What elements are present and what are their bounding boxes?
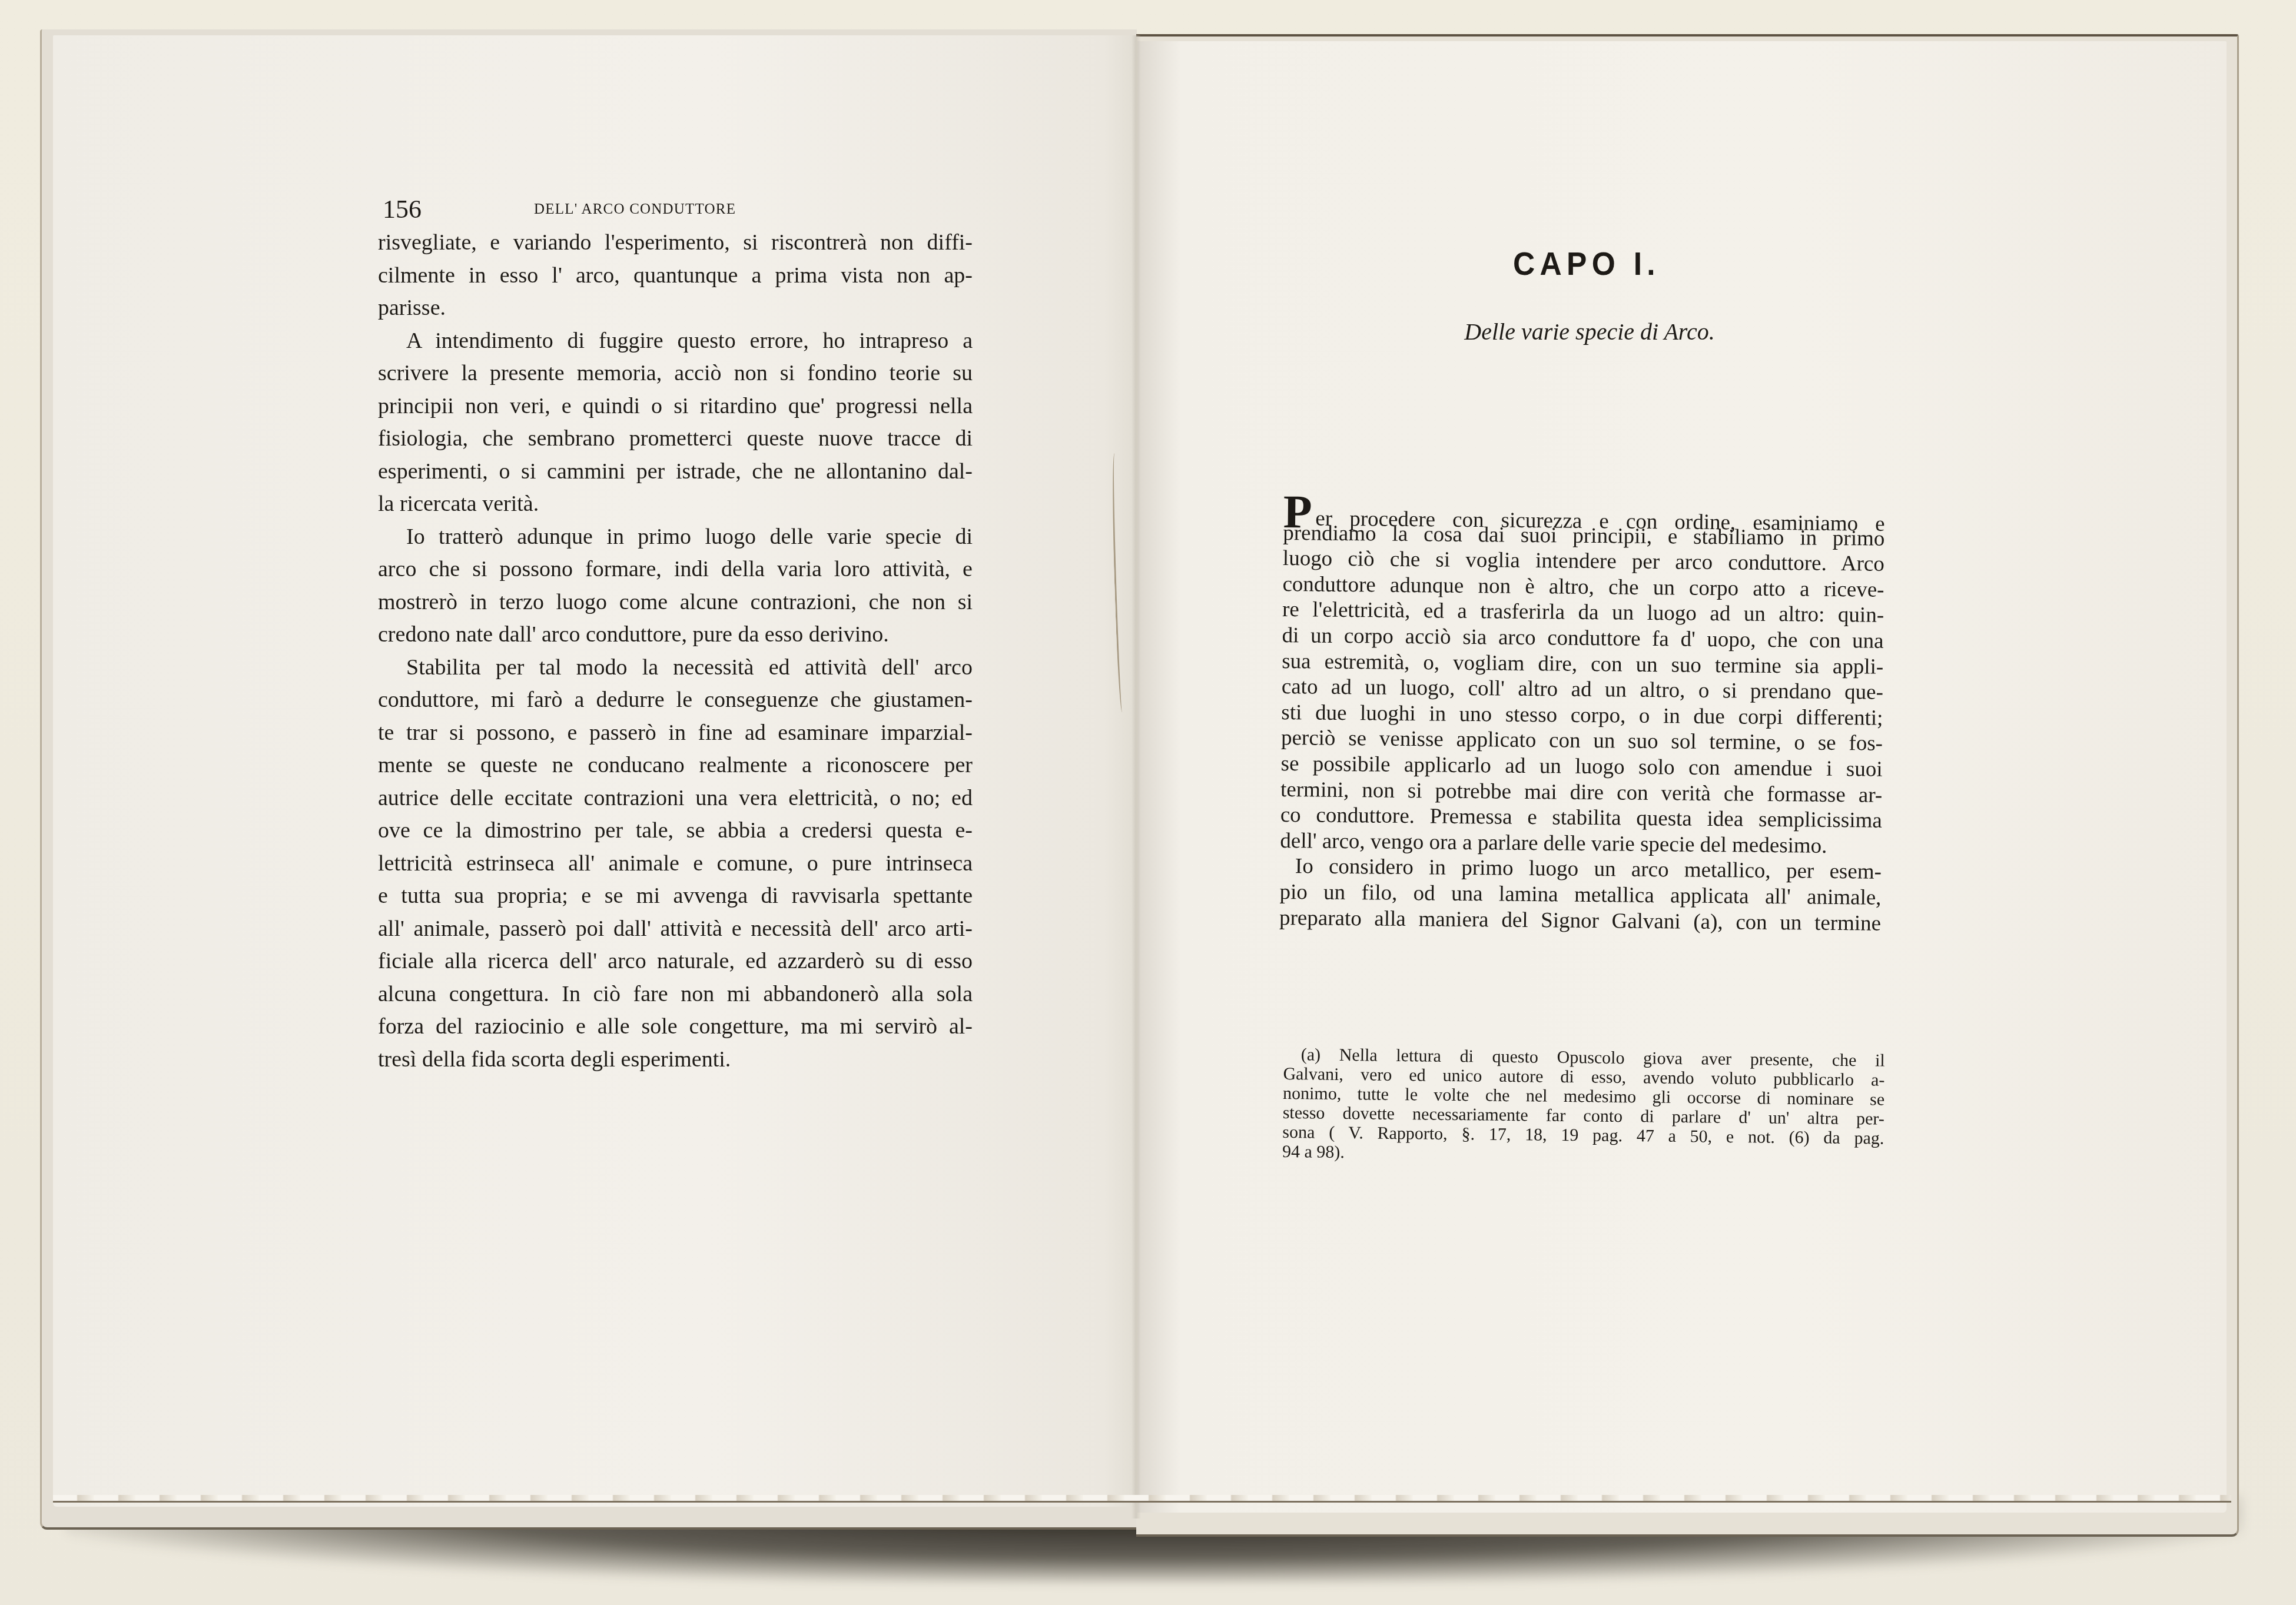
paragraph: Io tratterò adunque in primo luogo delle… <box>378 521 973 652</box>
chapter-subtitle: Delle varie specie di Arco. <box>1413 318 1766 345</box>
text-line: Stabilita per tal modo la necessità ed a… <box>378 652 973 684</box>
chapter-title: CAPO I. <box>1470 244 1703 283</box>
text-line: A intendimento di fuggire questo errore,… <box>378 325 973 358</box>
text-line: all' animale, passerò poi dall' attività… <box>378 913 973 946</box>
paragraph: Stabilita per tal modo la necessità ed a… <box>378 652 973 1076</box>
running-head-title: DELL' ARCO CONDUTTORE <box>534 201 736 218</box>
text-line: cilmente in esso l' arco, quantunque a p… <box>378 260 973 293</box>
text-line: forza del raziocinio e alle sole congett… <box>378 1011 973 1044</box>
paragraph: A intendimento di fuggire questo errore,… <box>378 325 973 521</box>
text-line: autrice delle eccitate contrazioni una v… <box>378 782 973 815</box>
text-line: parisse. <box>378 292 973 325</box>
text-line: e tutta sua propria; e se mi avvenga di … <box>378 880 973 913</box>
text-line: scrivere la presente memoria, acciò non … <box>378 357 973 390</box>
text-line: esperimenti, o si cammini per istrade, c… <box>378 456 973 489</box>
paragraph: Io considero in primo luogo un arco meta… <box>1279 853 1882 936</box>
text-line: risvegliate, e variando l'esperimento, s… <box>378 227 973 260</box>
deckle-edge <box>53 1495 2231 1503</box>
text-line: Io tratterò adunque in primo luogo delle… <box>378 521 973 554</box>
text-line: mente se queste ne conducano realmente a… <box>378 749 973 782</box>
text-line: conduttore, mi farò a dedurre le consegu… <box>378 684 973 717</box>
footnote: (a) Nella lettura di questo Opuscolo gio… <box>1282 1045 1885 1168</box>
text-line: ove ce la dimostrino per tale, se abbia … <box>378 815 973 848</box>
page-number: 156 <box>383 194 422 224</box>
text-line: arco che si possono formare, indi della … <box>378 553 973 586</box>
right-page-body: Per procedere con sicurezza e con ordine… <box>1279 494 1885 936</box>
text-line: mostrerò in terzo luogo come alcune cont… <box>378 586 973 619</box>
text-line: principii non veri, e quindi o si ritard… <box>378 390 973 423</box>
paragraph: risvegliate, e variando l'esperimento, s… <box>378 227 973 325</box>
left-page-body: risvegliate, e variando l'esperimento, s… <box>378 227 973 1076</box>
book-gutter <box>1132 35 1141 1518</box>
text-line: ficiale alla ricerca dell' arco naturale… <box>378 945 973 978</box>
text-line: la ricercata verità. <box>378 488 973 521</box>
paragraph: Per procedere con sicurezza e con ordine… <box>1280 494 1885 859</box>
text-line: tresì della fida scorta degli esperiment… <box>378 1044 973 1076</box>
text-line: fisiologia, che sembrano prometterci que… <box>378 423 973 456</box>
text-line: lettricità estrinseca all' animale e com… <box>378 848 973 880</box>
text-line: credono nate dall' arco conduttore, pure… <box>378 619 973 652</box>
text-line: alcuna congettura. In ciò fare non mi ab… <box>378 978 973 1011</box>
text-line: te trar si possono, e passerò in fine ad… <box>378 717 973 750</box>
running-head: 156 DELL' ARCO CONDUTTORE <box>378 194 973 224</box>
